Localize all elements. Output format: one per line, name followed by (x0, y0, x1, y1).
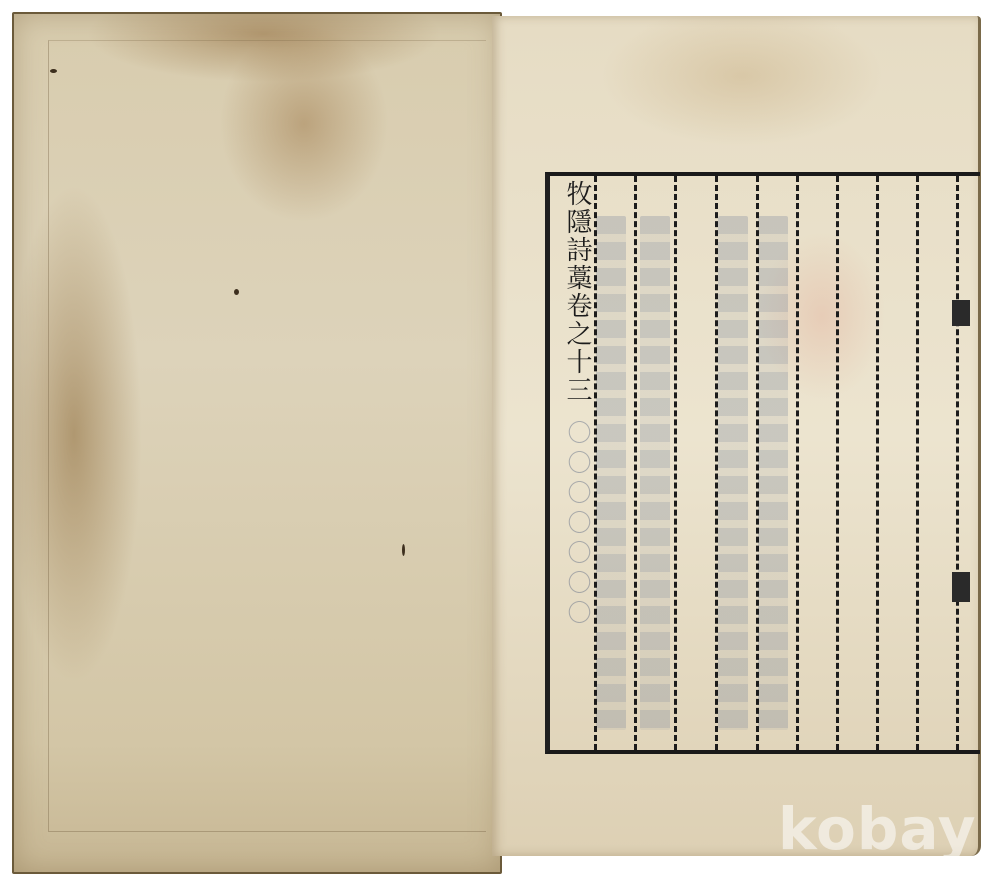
printed-frame (545, 172, 980, 754)
column-rule (674, 176, 677, 750)
cover-turn-in (48, 40, 486, 832)
column-rule (594, 176, 597, 750)
column-rule (876, 176, 879, 750)
ink-spot (234, 289, 239, 295)
bleed-through-column (596, 216, 626, 730)
fish-tail-mark-top (952, 300, 970, 326)
column-rule (956, 176, 959, 750)
column-rule (756, 176, 759, 750)
fish-tail-mark-bottom (952, 572, 970, 602)
bleed-through-column (758, 216, 788, 730)
bleed-through-column (718, 216, 748, 730)
watermark: kobay (778, 800, 977, 858)
column-rule (634, 176, 637, 750)
book-photo: 牧隱詩藁卷之十三 〇〇〇〇〇〇〇 kobay (0, 0, 1000, 888)
ink-spot (50, 69, 57, 73)
bleed-through-column (640, 216, 670, 730)
left-page-cover (12, 12, 502, 874)
volume-title: 牧隱詩藁卷之十三 (560, 180, 594, 404)
faint-text-column: 〇〇〇〇〇〇〇 (560, 420, 594, 630)
column-rule (796, 176, 799, 750)
ink-spot (402, 544, 405, 556)
column-rule (916, 176, 919, 750)
column-rule (836, 176, 839, 750)
column-rule (715, 176, 718, 750)
